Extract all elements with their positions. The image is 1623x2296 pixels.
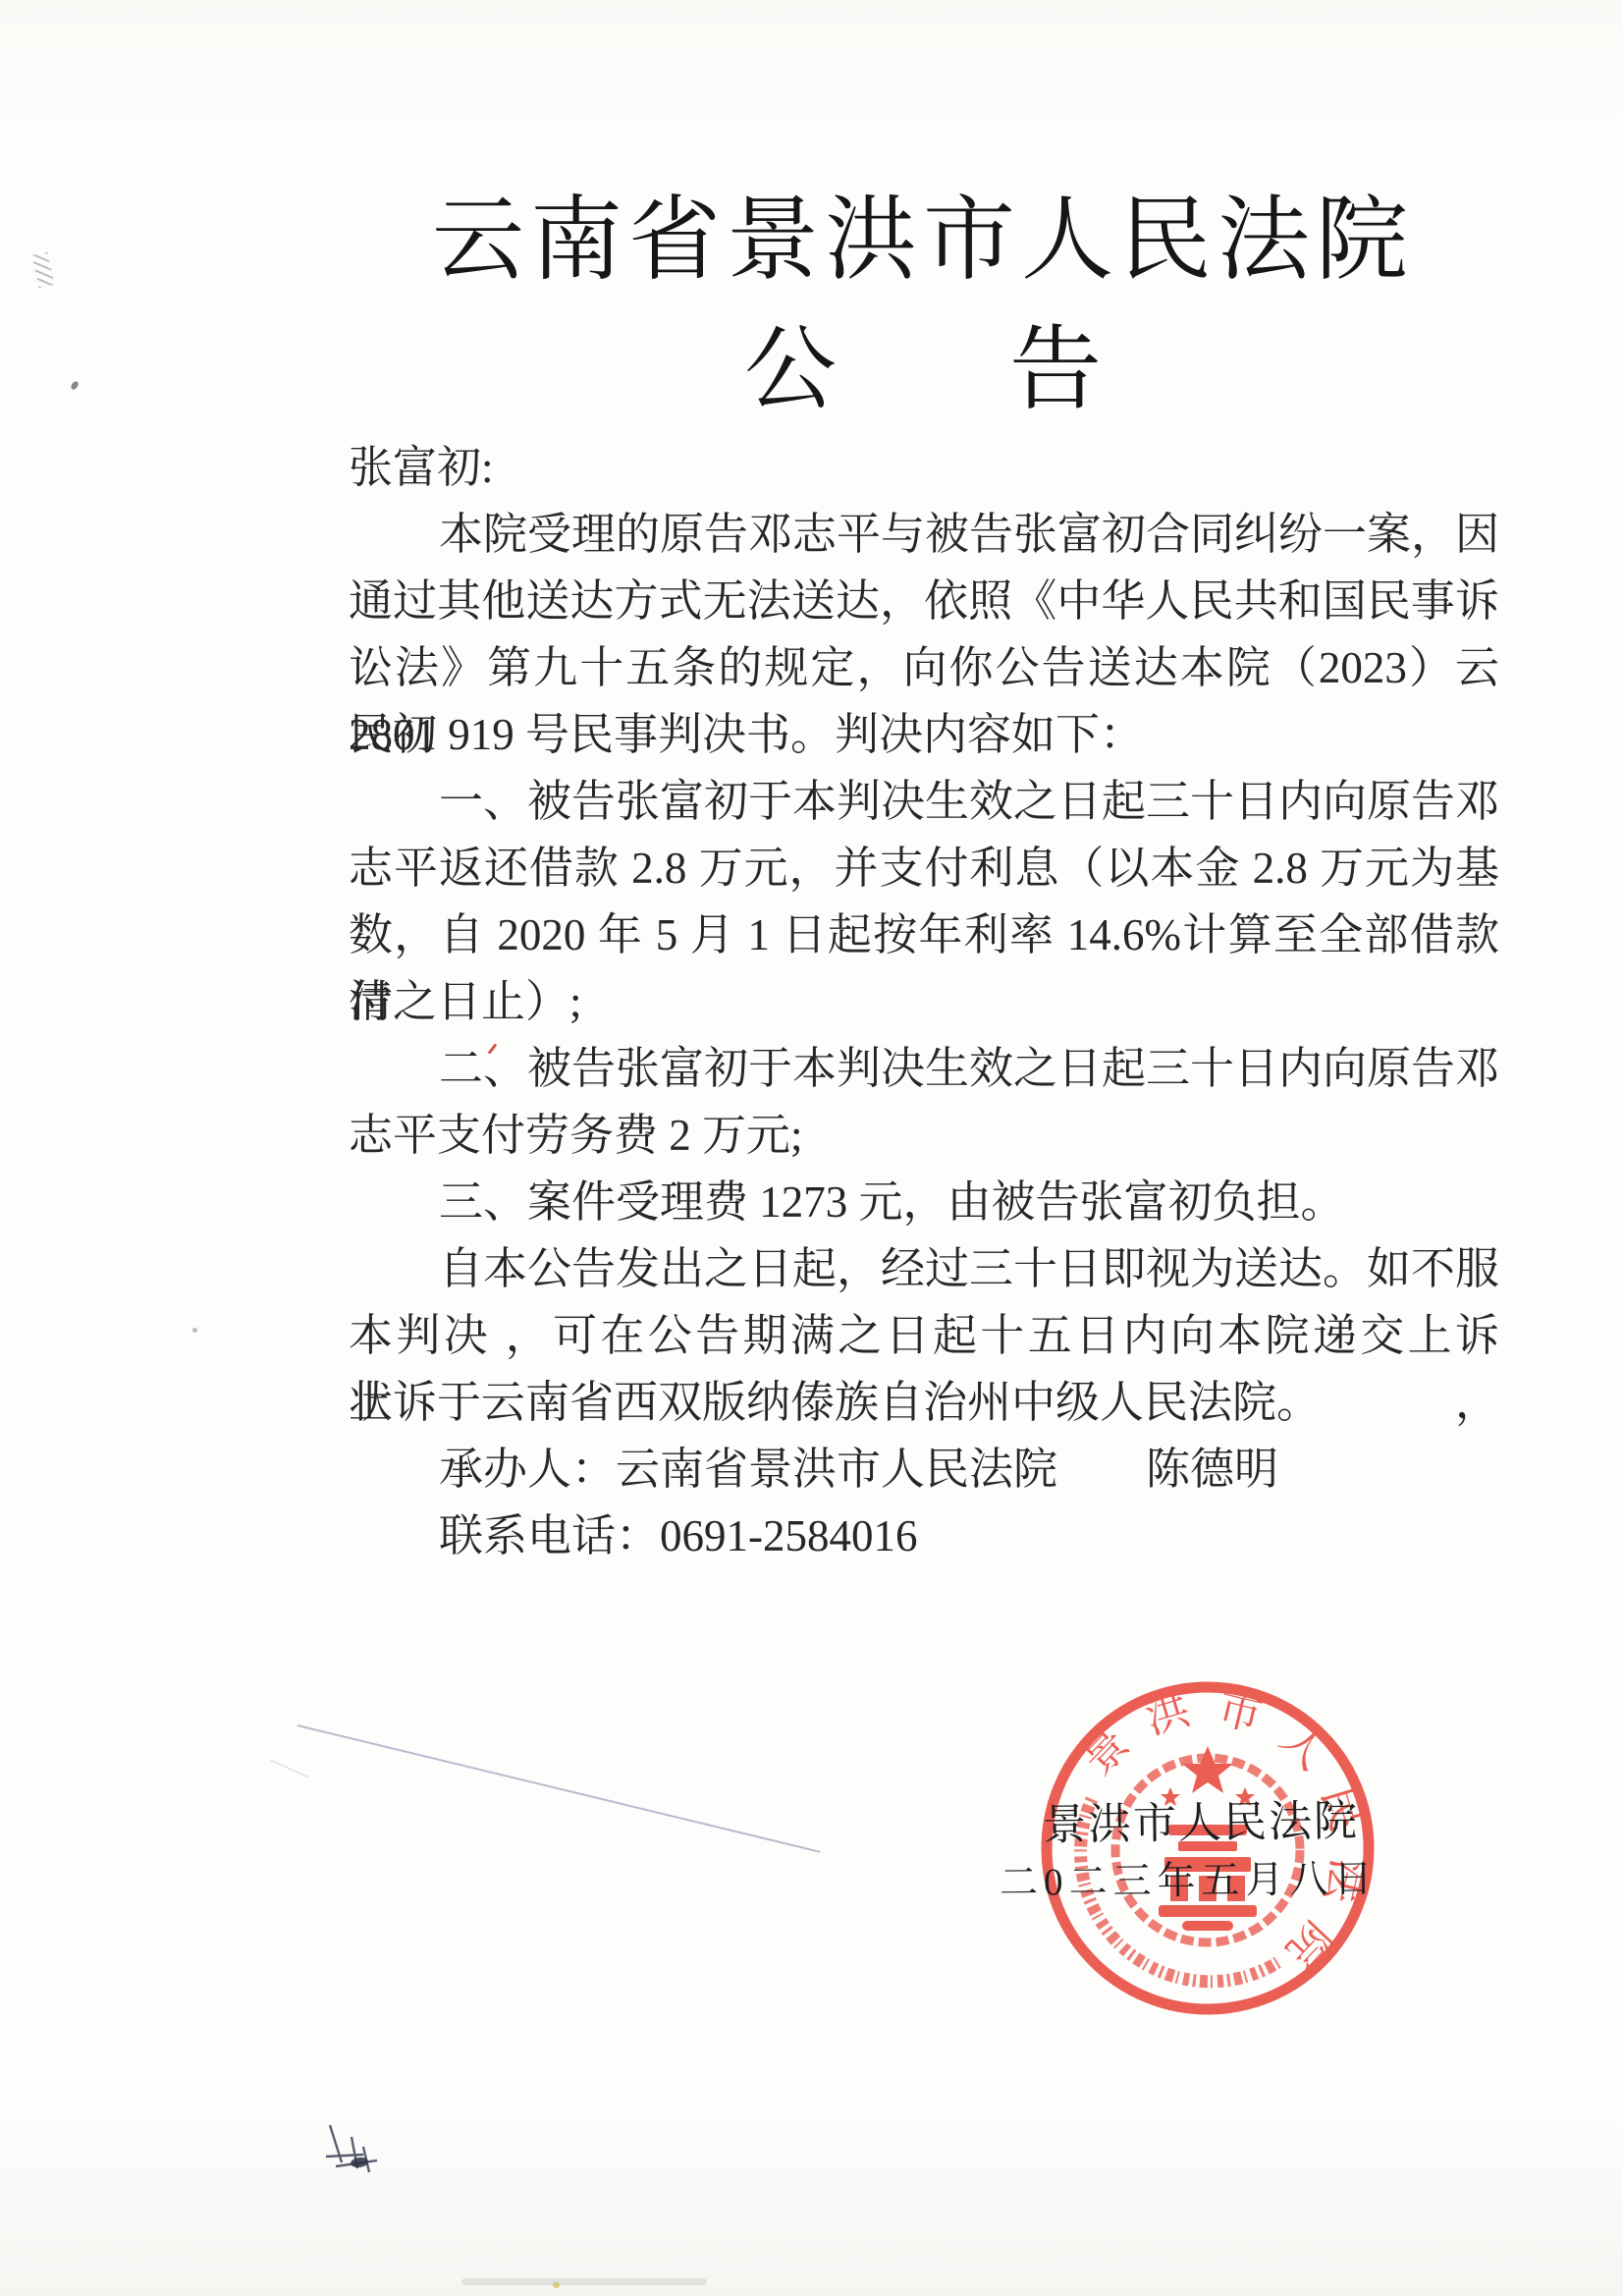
- body-line: 志平支付劳务费 2 万元;: [349, 1102, 1499, 1169]
- body-line: 清之日止）;: [349, 968, 1499, 1035]
- body-line: 自本公告发出之日起，经过三十日即视为送达。如不服: [349, 1235, 1499, 1302]
- body-line: 数，自 2020 年 5 月 1 日起按年利率 14.6%计算至全部借款付: [349, 902, 1499, 968]
- body-line: 通过其他送达方式无法送达，依照《中华人民共和国民事诉: [349, 568, 1499, 634]
- announcement-heading: 公 告: [349, 295, 1497, 427]
- announcement-char-gao: 告: [1009, 295, 1102, 427]
- scan-artifact-speck: [32, 252, 55, 289]
- body-line: 讼法》第九十五条的规定，向你公告送达本院（2023）云 2801: [349, 634, 1499, 701]
- salutation: 张富初:: [349, 434, 1499, 501]
- scan-artifact-speck: [70, 380, 80, 391]
- page-title-court-name: 云南省景洪市人民法院: [349, 165, 1497, 298]
- seal-date-text: 二0二三年五月八日: [1000, 1848, 1379, 1907]
- scanned-court-announcement: 云南省景洪市人民法院 公 告 张富初: 本院受理的原告邓志平与被告张富初合同纠纷…: [0, 0, 1623, 2296]
- contact-phone-line: 联系电话：0691-2584016: [349, 1503, 1499, 1569]
- body-line-item-2: 二、被告张富初于本判决生效之日起三十日内向原告邓: [349, 1035, 1499, 1102]
- body-line: 本判决 ，可在公告期满之日起十五日内向本院递交上诉状，: [349, 1302, 1499, 1369]
- announcement-body: 张富初: 本院受理的原告邓志平与被告张富初合同纠纷一案，因 通过其他送达方式无法…: [349, 434, 1499, 1569]
- scan-artifact-speck: [192, 1328, 197, 1333]
- body-line: 志平返还借款 2.8 万元，并支付利息（以本金 2.8 万元为基: [349, 835, 1499, 902]
- body-line-item-3: 三、案件受理费 1273 元，由被告张富初负担。: [349, 1169, 1499, 1235]
- ink-smudge-mark: [322, 2119, 393, 2182]
- body-line: 民初 919 号民事判决书。判决内容如下：: [349, 701, 1499, 768]
- body-line-item-1: 一、被告张富初于本判决生效之日起三十日内向原告邓: [349, 768, 1499, 835]
- scan-artifact-tick: [271, 1760, 309, 1777]
- seal-court-name-text: 景洪市人民法院: [1043, 1785, 1360, 1852]
- scan-artifact-diagonal-line: [298, 1724, 821, 1853]
- announcement-char-gong: 公: [744, 295, 837, 427]
- scan-artifact-speck: [553, 2282, 560, 2288]
- handler-line: 承办人：云南省景洪市人民法院 陈德明: [349, 1436, 1499, 1503]
- body-line: 本院受理的原告邓志平与被告张富初合同纠纷一案，因: [349, 501, 1499, 568]
- scan-artifact-bottom-smudge: [461, 2278, 707, 2285]
